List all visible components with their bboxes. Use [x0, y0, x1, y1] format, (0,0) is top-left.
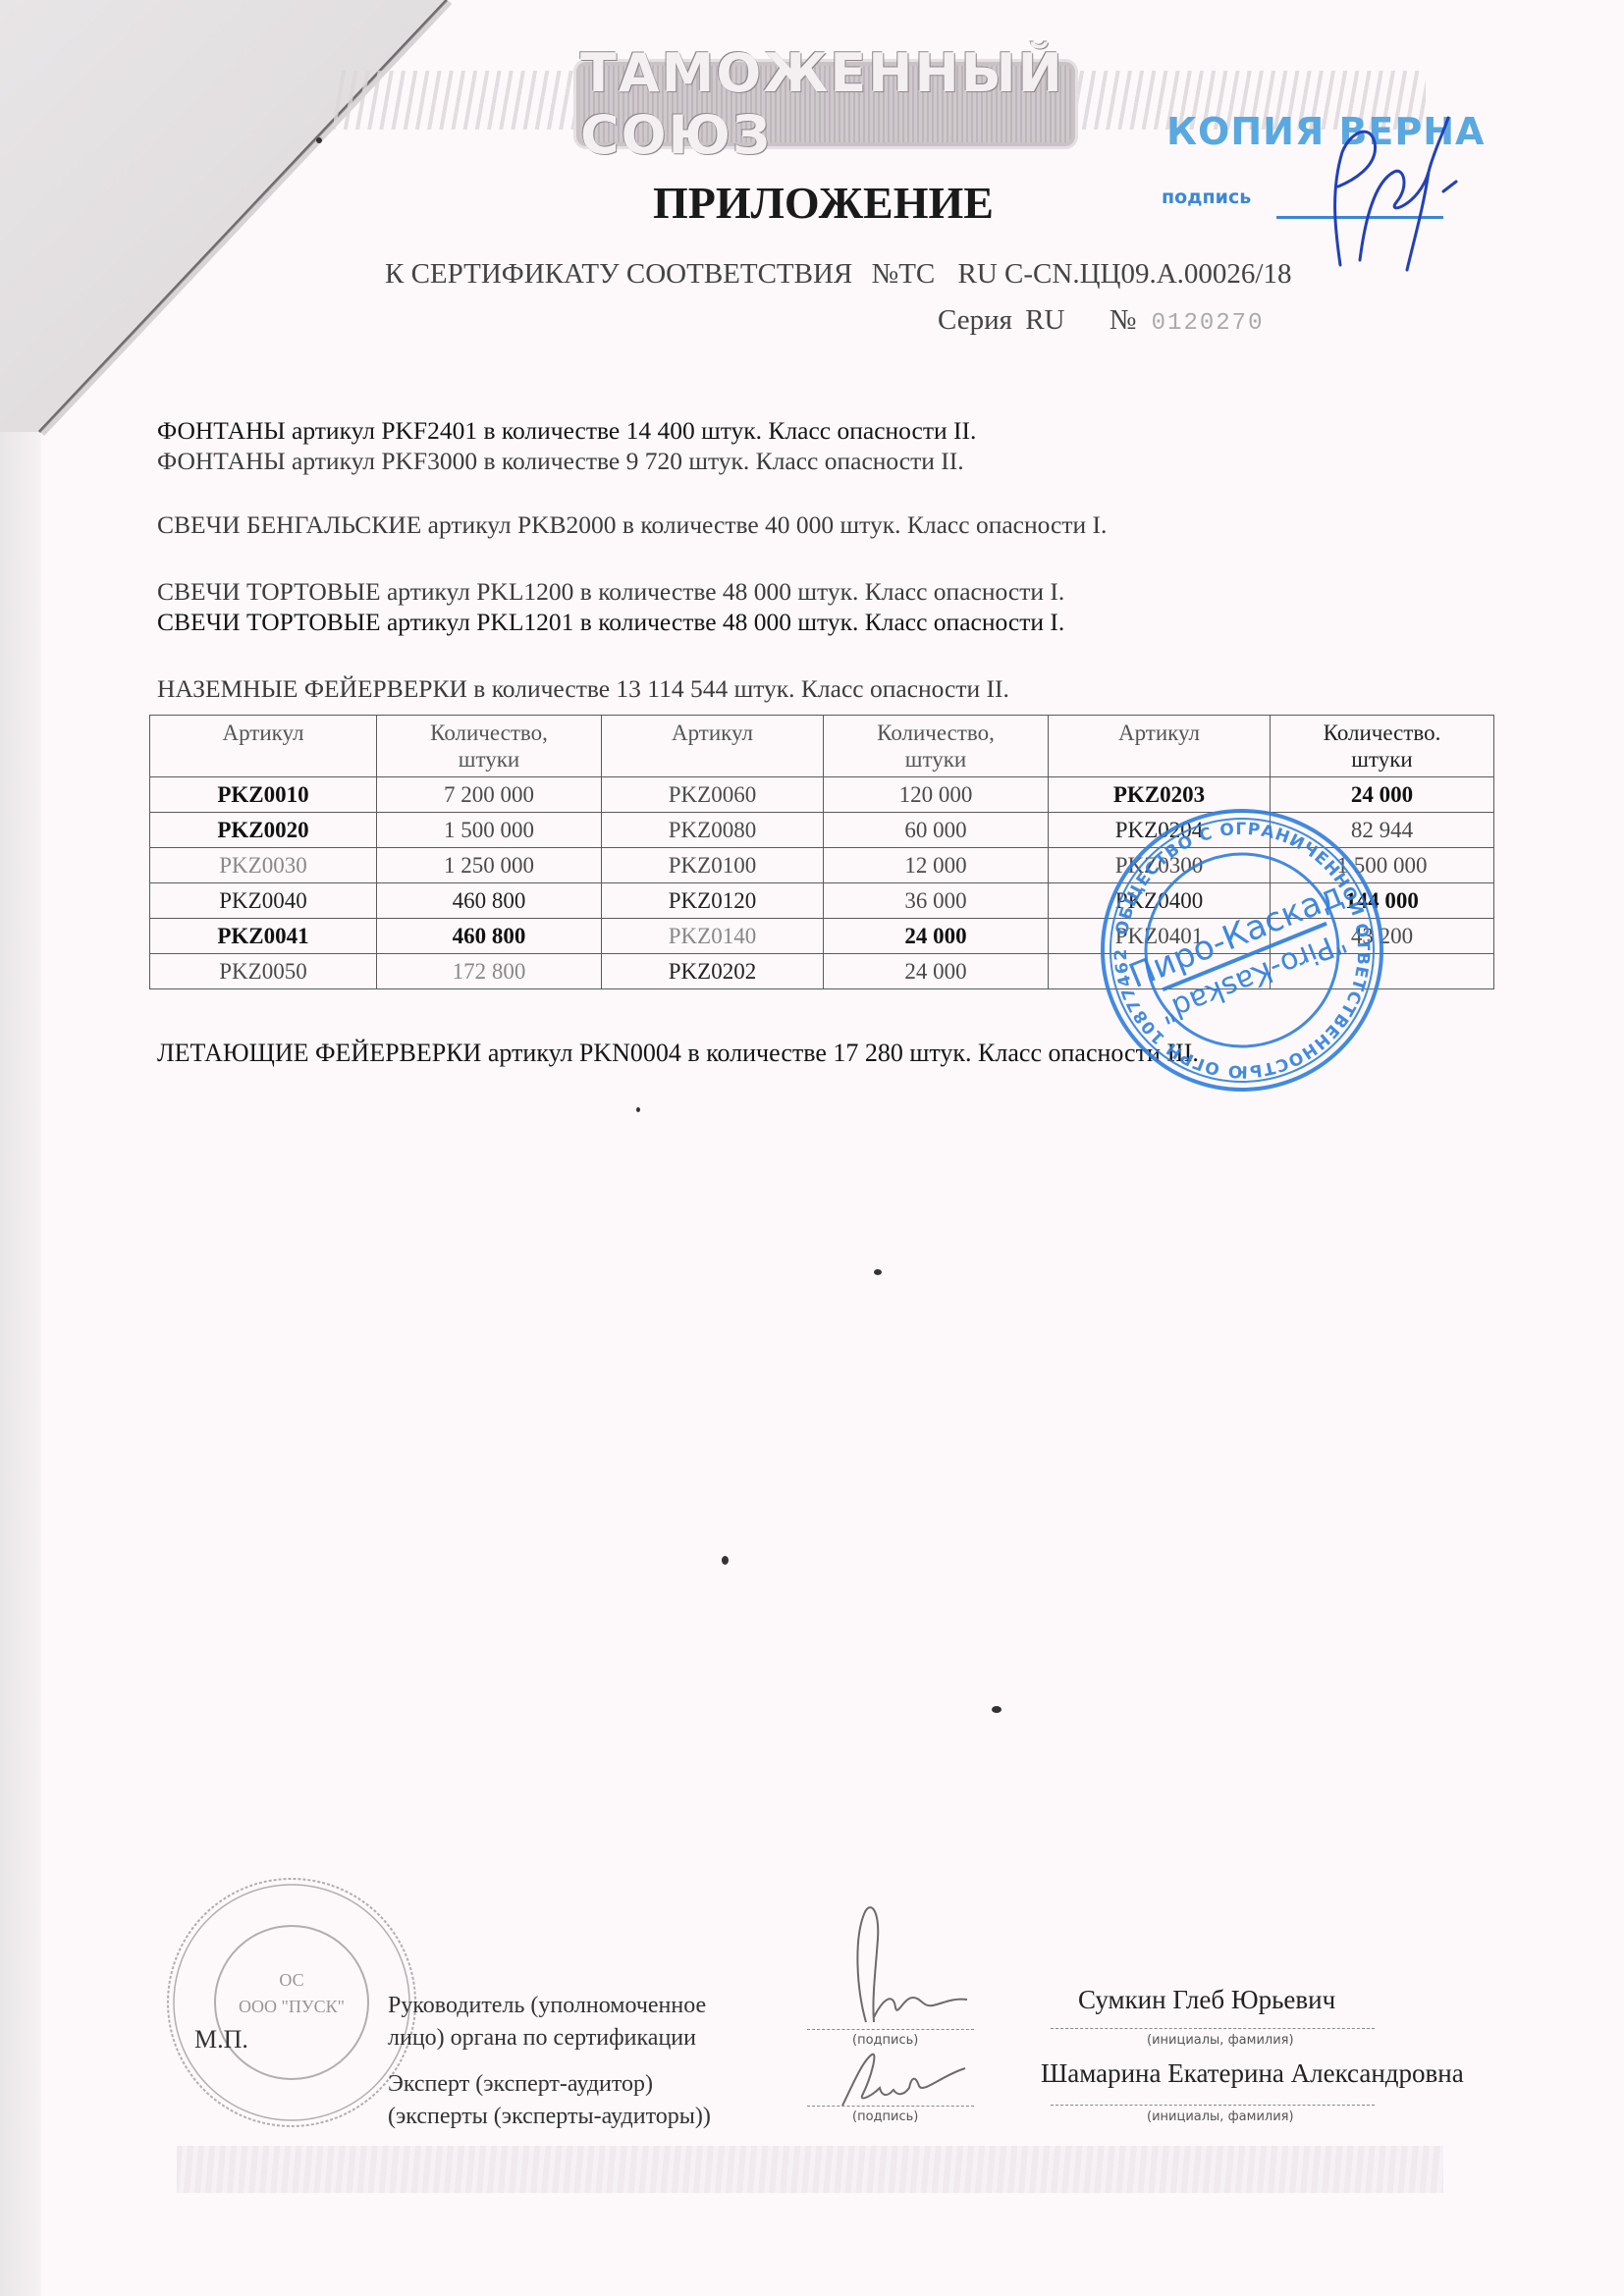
blank-number: 0120270 — [1152, 310, 1265, 337]
table-cell: 24 000 — [824, 954, 1049, 989]
emblem-text: ТАМОЖЕННЫЙ СОЮЗ — [580, 42, 1071, 166]
expert-name-caption: (инициалы, фамилия) — [1147, 2109, 1294, 2124]
table-cell: 144 000 — [1271, 883, 1494, 919]
product-details: артикул PKL1200 в количестве 48 000 штук… — [381, 577, 1065, 606]
product-line: НАЗЕМНЫЕ ФЕЙЕРВЕРКИ в количестве 13 114 … — [157, 674, 1009, 704]
expert-name-line — [1051, 2105, 1375, 2106]
table-cell: PKZ0140 — [602, 919, 824, 954]
table-cell: PKZ0202 — [602, 954, 824, 989]
emblem-ornament-left — [334, 71, 574, 130]
product-name: ФОНТАНЫ — [157, 447, 286, 475]
expert-label-line1: Эксперт (эксперт-аудитор) — [388, 2071, 653, 2098]
product-name: ФОНТАНЫ — [157, 416, 286, 445]
column-header-quantity: Количество.штуки — [1271, 716, 1494, 777]
product-details: артикул PKN0004 в количестве 17 280 штук… — [481, 1039, 1199, 1067]
head-name-caption: (инициалы, фамилия) — [1147, 2033, 1294, 2048]
table-cell: PKZ0401 — [1049, 919, 1271, 954]
scan-speck — [874, 1269, 882, 1275]
table-cell: 460 800 — [377, 919, 602, 954]
table-cell: PKZ0041 — [150, 919, 377, 954]
table-cell: PKZ0120 — [602, 883, 824, 919]
table-cell: 1 500 000 — [1271, 848, 1494, 883]
stamp-pusk-text: ООО "ПУСК" — [239, 1997, 345, 2016]
folded-corner — [0, 0, 1624, 2296]
table-cell: 43 200 — [1271, 919, 1494, 954]
table-row: PKZ0041 460 800 PKZ0140 24 000 PKZ0401 4… — [150, 919, 1494, 954]
handwritten-signature-icon — [1281, 113, 1458, 280]
table-cell: PKZ0204 — [1049, 813, 1271, 848]
scan-speck — [992, 1706, 1001, 1713]
column-header-quantity: Количество,штуки — [824, 716, 1049, 777]
table-cell: PKZ0040 — [150, 883, 377, 919]
table-cell: 60 000 — [824, 813, 1049, 848]
table-row: PKZ0020 1 500 000 PKZ0080 60 000 PKZ0204… — [150, 813, 1494, 848]
table-cell: 7 200 000 — [377, 777, 602, 813]
certificate-prefix: К СЕРТИФИКАТУ СООТВЕТСТВИЯ — [385, 258, 852, 290]
head-label-line1: Руководитель (уполномоченное — [388, 1993, 706, 2019]
product-name: СВЕЧИ ТОРТОВЫЕ — [157, 577, 381, 606]
table-cell: PKZ0080 — [602, 813, 824, 848]
table-cell: PKZ0030 — [150, 848, 377, 883]
product-details: артикул PKL1201 в количестве 48 000 штук… — [381, 608, 1065, 636]
certificate-reference: К СЕРТИФИКАТУ СООТВЕТСТВИЯ №ТС RU C-CN.Ц… — [385, 258, 1291, 291]
product-details: в количестве 13 114 544 штук. Класс опас… — [467, 674, 1009, 703]
copy-stamp-signature-label: подпись — [1162, 187, 1251, 208]
scan-speck — [636, 1107, 640, 1112]
head-full-name: Сумкин Глеб Юрьевич — [1078, 1985, 1335, 2015]
expert-handwritten-signature-icon — [833, 2047, 970, 2115]
stamp-place-label: М.П. — [194, 2025, 248, 2055]
scan-speck — [722, 1556, 729, 1565]
product-details: артикул PKB2000 в количестве 40 000 штук… — [421, 510, 1107, 539]
product-name: ЛЕТАЮЩИЕ ФЕЙЕРВЕРКИ — [157, 1039, 481, 1067]
table-header-row: Артикул Количество,штуки Артикул Количес… — [150, 716, 1494, 777]
table-cell: PKZ0050 — [150, 954, 377, 989]
table-cell: 120 000 — [824, 777, 1049, 813]
table-row: PKZ0050 172 800 PKZ0202 24 000 — [150, 954, 1494, 989]
table-row: PKZ0040 460 800 PKZ0120 36 000 PKZ0400 1… — [150, 883, 1494, 919]
customs-union-emblem: ТАМОЖЕННЫЙ СОЮЗ — [576, 62, 1075, 146]
product-name: СВЕЧИ ТОРТОВЫЕ — [157, 608, 381, 636]
ground-fireworks-table: Артикул Количество,штуки Артикул Количес… — [149, 715, 1494, 989]
certificate-appendix-page: ТАМОЖЕННЫЙ СОЮЗ КОПИЯ ВЕРНА подпись ПРИЛ… — [0, 0, 1624, 2296]
blank-no-label: № — [1110, 304, 1137, 336]
expert-full-name: Шамарина Екатерина Александровна — [1041, 2058, 1464, 2089]
table-cell: 24 000 — [824, 919, 1049, 954]
table-cell — [1049, 954, 1271, 989]
table-row: PKZ0010 7 200 000 PKZ0060 120 000 PKZ020… — [150, 777, 1494, 813]
product-line: СВЕЧИ БЕНГАЛЬСКИЕ артикул PKB2000 в коли… — [157, 510, 1107, 540]
table-cell: PKZ0060 — [602, 777, 824, 813]
table-cell: 36 000 — [824, 883, 1049, 919]
head-name-line — [1051, 2028, 1375, 2029]
certification-body-stamp: ОС ООО "ПУСК" — [162, 1873, 422, 2133]
table-cell: 24 000 — [1271, 777, 1494, 813]
page-title: ПРИЛОЖЕНИЕ — [653, 177, 994, 229]
table-cell: 82 944 — [1271, 813, 1494, 848]
product-name: НАЗЕМНЫЕ ФЕЙЕРВЕРКИ — [157, 674, 467, 703]
column-header-article: Артикул — [150, 716, 377, 777]
series-value: RU — [1025, 304, 1064, 336]
blank-footer-ornament — [177, 2146, 1443, 2193]
column-header-quantity: Количество,штуки — [377, 716, 602, 777]
series-label: Серия — [938, 304, 1012, 336]
table-cell: 172 800 — [377, 954, 602, 989]
stamp-os-text: ОС — [279, 1970, 303, 1990]
scan-edge — [0, 0, 41, 2296]
product-name: СВЕЧИ БЕНГАЛЬСКИЕ — [157, 510, 421, 539]
table-cell: PKZ0400 — [1049, 883, 1271, 919]
scan-speck — [316, 137, 322, 143]
column-header-article: Артикул — [602, 716, 824, 777]
product-details: артикул PKF3000 в количестве 9 720 штук.… — [286, 447, 964, 475]
certificate-number: RU C-CN.ЦЦ09.А.00026/18 — [958, 258, 1292, 290]
head-label-line2: лицо) органа по сертификации — [388, 2025, 696, 2052]
product-details: артикул PKF2401 в количестве 14 400 штук… — [286, 416, 977, 445]
head-handwritten-signature-icon — [844, 1899, 982, 2037]
product-line: СВЕЧИ ТОРТОВЫЕ артикул PKL1200 в количес… — [157, 577, 1064, 607]
table-cell: PKZ0300 — [1049, 848, 1271, 883]
series-number: Серия RU № 0120270 — [938, 304, 1264, 337]
column-header-article: Артикул — [1049, 716, 1271, 777]
product-line: ФОНТАНЫ артикул PKF2401 в количестве 14 … — [157, 416, 976, 446]
table-cell: 460 800 — [377, 883, 602, 919]
product-line: ФОНТАНЫ артикул PKF3000 в количестве 9 7… — [157, 447, 964, 476]
table-cell: 1 250 000 — [377, 848, 602, 883]
table-cell — [1271, 954, 1494, 989]
table-cell: PKZ0203 — [1049, 777, 1271, 813]
table-cell: PKZ0100 — [602, 848, 824, 883]
expert-label-line2: (эксперты (эксперты-аудиторы)) — [388, 2104, 711, 2130]
table-cell: 12 000 — [824, 848, 1049, 883]
table-cell: PKZ0010 — [150, 777, 377, 813]
table-row: PKZ0030 1 250 000 PKZ0100 12 000 PKZ0300… — [150, 848, 1494, 883]
product-line: СВЕЧИ ТОРТОВЫЕ артикул PKL1201 в количес… — [157, 608, 1064, 637]
flying-fireworks-line: ЛЕТАЮЩИЕ ФЕЙЕРВЕРКИ артикул PKN0004 в ко… — [157, 1039, 1199, 1068]
table-cell: 1 500 000 — [377, 813, 602, 848]
certificate-no-label: №ТС — [872, 258, 936, 290]
table-cell: PKZ0020 — [150, 813, 377, 848]
